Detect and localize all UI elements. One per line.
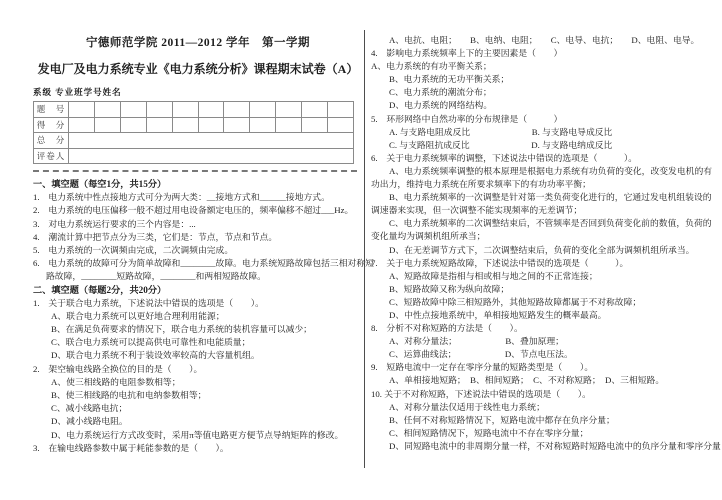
exam-text-line: 变化量均为调频机组所承当； xyxy=(371,230,720,243)
exam-text-line: 1. 关于联合电力系统，下述说法中错误的选项是（ ）。 xyxy=(33,297,363,310)
exam-text-line: B、电力系统频率的一次调整是针对第一类负荷变化进行的，它通过发电机组装设的 xyxy=(371,191,720,204)
right-column-questions: A、电抗、电阻； B、电纳、电阻； C、电导、电抗； D、电阻、电导。4. 影响… xyxy=(371,34,720,453)
exam-text-line: C、电力系统频率的二次调整结束后，不管频率是否回到负荷变化前的数值，负荷的 xyxy=(371,217,720,230)
left-column: 宁德师范学院 2011—2012 学年 第一学期 发电厂及电力系统专业《电力系统… xyxy=(33,26,363,455)
exam-text-line: 调速器来实现，但一次调整不能实现频率的无差调节； xyxy=(371,204,720,217)
exam-text-line: 8. 分析不对称短路的方法是（ ）。 xyxy=(371,322,720,335)
score-cell xyxy=(94,102,120,118)
score-table-row-total: 总 分 xyxy=(34,133,354,149)
student-info-label: 系级 专业班学号姓名 xyxy=(33,86,363,98)
exam-text-line: D、中性点接地系统中，单相接地短路发生的概率最高。 xyxy=(371,309,720,322)
exam-text-line: 二、填空题（每题2分，共20分） xyxy=(33,284,363,297)
score-cell xyxy=(172,117,198,133)
exam-text-line: 4. 影响电力系统频率上下的主要因素是（ ） xyxy=(371,47,720,60)
exam-text-line: 3. 在输电线路参数中属于耗能参数的是（ ）。 xyxy=(33,442,363,455)
exam-text-line: 5. 电力系统的一次调频由完成，二次调频由完成。 xyxy=(33,244,363,257)
score-table: 题 号 得 分 总 分 评卷人 xyxy=(33,101,354,164)
score-cell xyxy=(276,102,302,118)
exam-text-line: D、减小线路电阻。 xyxy=(33,415,363,428)
exam-text-line: 9. 短路电流中一定存在零序分量的短路类型是（ ）。 xyxy=(371,361,720,374)
score-cell xyxy=(302,102,328,118)
exam-text-line: A. 与支路电阻成反比 B. 与支路电导成反比 xyxy=(371,126,720,139)
exam-text-line: A、对称分量法； B、叠加原理； xyxy=(371,335,720,348)
exam-text-line: 路故障，________短路故障，________和两相短路故障。 xyxy=(33,270,363,283)
score-cell xyxy=(302,117,328,133)
score-cell xyxy=(224,117,250,133)
exam-text-line: 1. 电力系统中性点接地方式可分为两大类：__接地方式和______接地方式。 xyxy=(33,191,363,204)
grader-cell xyxy=(69,148,354,164)
exam-text-line: C、减小线路电抗； xyxy=(33,402,363,415)
total-score-label: 总 分 xyxy=(34,133,69,149)
dashed-separator xyxy=(33,170,357,172)
right-column: A、电抗、电阻； B、电纳、电阻； C、电导、电抗； D、电阻、电导。4. 影响… xyxy=(371,28,720,453)
exam-text-line: 2. 架空输电线路全换位的目的是（ ）。 xyxy=(33,363,363,376)
exam-text-line: C、运算曲线法； D、节点电压法。 xyxy=(371,348,720,361)
score-cell xyxy=(250,102,276,118)
score-cell xyxy=(69,102,95,118)
exam-text-line: A、联合电力系统可以更好地合理利用能源； xyxy=(33,310,363,323)
exam-text-line: C、电力系统的潮流分布； xyxy=(371,86,720,99)
score-cell xyxy=(198,102,224,118)
exam-text-line: A、电力系统频率调整的根本原理是根据电力系统有功负荷的变化，改变发电机的有 xyxy=(371,165,720,178)
score-cell xyxy=(146,117,172,133)
exam-text-line: A、电抗、电阻； B、电纳、电阻； C、电导、电抗； D、电阻、电导。 xyxy=(371,34,720,47)
exam-text-line: B、任何不对称短路情况下，短路电流中都存在负序分量； xyxy=(371,414,720,427)
exam-text-line: A、使三相线路的电阻参数相等； xyxy=(33,376,363,389)
score-table-row-grader: 评卷人 xyxy=(34,148,354,164)
exam-text-line: 3. 对电力系统运行要求的三个内容是：... xyxy=(33,218,363,231)
score-cell xyxy=(198,117,224,133)
column-divider-line xyxy=(364,30,365,468)
score-cell xyxy=(276,117,302,133)
exam-text-line: C. 与支路阻抗成反比 D. 与支路电纳成反比 xyxy=(371,139,720,152)
exam-text-line: C、短路故障中除三相短路外，其他短路故障都属于不对称故障； xyxy=(371,296,720,309)
score-cell xyxy=(328,102,354,118)
exam-text-line: 一、填空题（每空1分，共15分） xyxy=(33,178,363,191)
exam-text-line: 2. 电力系统的电压偏移一般不超过用电设备额定电压的，频率偏移不超过___Hz。 xyxy=(33,204,363,217)
exam-text-line: 7. 关于电力系统短路故障，下述说法中错误的选项是（ ）。 xyxy=(371,257,720,270)
exam-text-line: 功出力，维持电力系统在所要求频率下的有功功率平衡； xyxy=(371,178,720,191)
exam-text-line: D、电力系统运行方式改变时，采用π等值电路更方便节点导纳矩阵的修改。 xyxy=(33,429,363,442)
exam-paper-title: 发电厂及电力系统专业《电力系统分析》课程期末试卷（A） xyxy=(33,60,363,77)
exam-text-line: D、联合电力系统不利于装设效率较高的大容量机组。 xyxy=(33,349,363,362)
exam-text-line: 10. 关于不对称短路，下述说法中错误的选项是（ ）。 xyxy=(371,388,720,401)
exam-text-line: D、同短路电流中的非周期分量一样，不对称短路时短路电流中的负序分量和零序分量 xyxy=(371,440,720,453)
score-cell xyxy=(146,102,172,118)
score-label: 得 分 xyxy=(34,117,69,133)
score-cell xyxy=(69,117,95,133)
score-table-row-question-number: 题 号 xyxy=(34,102,354,118)
exam-text-line: C、相间短路情况下，短路电流中不存在零序分量； xyxy=(371,427,720,440)
school-term-title: 宁德师范学院 2011—2012 学年 第一学期 xyxy=(33,34,363,50)
exam-text-line: D、电力系统的网络结构。 xyxy=(371,99,720,112)
exam-text-line: B、短路故障又称为纵向故障； xyxy=(371,283,720,296)
exam-text-line: A、对称分量法仅适用于线性电力系统； xyxy=(371,401,720,414)
score-cell xyxy=(120,117,146,133)
exam-text-line: A、单相接地短路； B、相间短路； C、不对称短路； D、三相短路。 xyxy=(371,374,720,387)
exam-text-line: 6. 电力系统的故障可分为简单故障和________故障。电力系统短路故障包括三… xyxy=(33,257,363,270)
exam-paper-page: 宁德师范学院 2011—2012 学年 第一学期 发电厂及电力系统专业《电力系统… xyxy=(0,0,722,500)
exam-text-line: 6. 关于电力系统频率的调整，下述说法中错误的选项是（ ）。 xyxy=(371,152,720,165)
score-table-row-score: 得 分 xyxy=(34,117,354,133)
exam-text-line: C、联合电力系统可以提高供电可靠性和电能质量； xyxy=(33,336,363,349)
total-score-cell xyxy=(69,133,354,149)
grader-label: 评卷人 xyxy=(34,148,69,164)
exam-text-line: B、电力系统的无功平衡关系； xyxy=(371,73,720,86)
exam-text-line: A、短路故障是指相与相或相与地之间的不正常连接； xyxy=(371,270,720,283)
score-cell xyxy=(172,102,198,118)
exam-text-line: A、电力系统的有功平衡关系； xyxy=(371,60,720,73)
score-cell xyxy=(94,117,120,133)
question-number-label: 题 号 xyxy=(34,102,69,118)
exam-text-line: 5. 环形网络中自然功率的分布规律是（ ） xyxy=(371,113,720,126)
score-cell xyxy=(250,117,276,133)
exam-text-line: 4. 潮流计算中把节点分为三类，它们是：节点，节点和节点。 xyxy=(33,231,363,244)
score-cell xyxy=(224,102,250,118)
exam-text-line: B、使三相线路的电抗和电纳参数相等； xyxy=(33,389,363,402)
left-column-questions: 一、填空题（每空1分，共15分）1. 电力系统中性点接地方式可分为两大类：__接… xyxy=(33,178,363,455)
exam-text-line: D、在无差调节方式下，二次调整结束后，负荷的变化全部为调频机组所承当。 xyxy=(371,244,720,257)
score-cell xyxy=(120,102,146,118)
exam-text-line: B、在满足负荷要求的情况下，联合电力系统的装机容量可以减少； xyxy=(33,323,363,336)
score-cell xyxy=(328,117,354,133)
